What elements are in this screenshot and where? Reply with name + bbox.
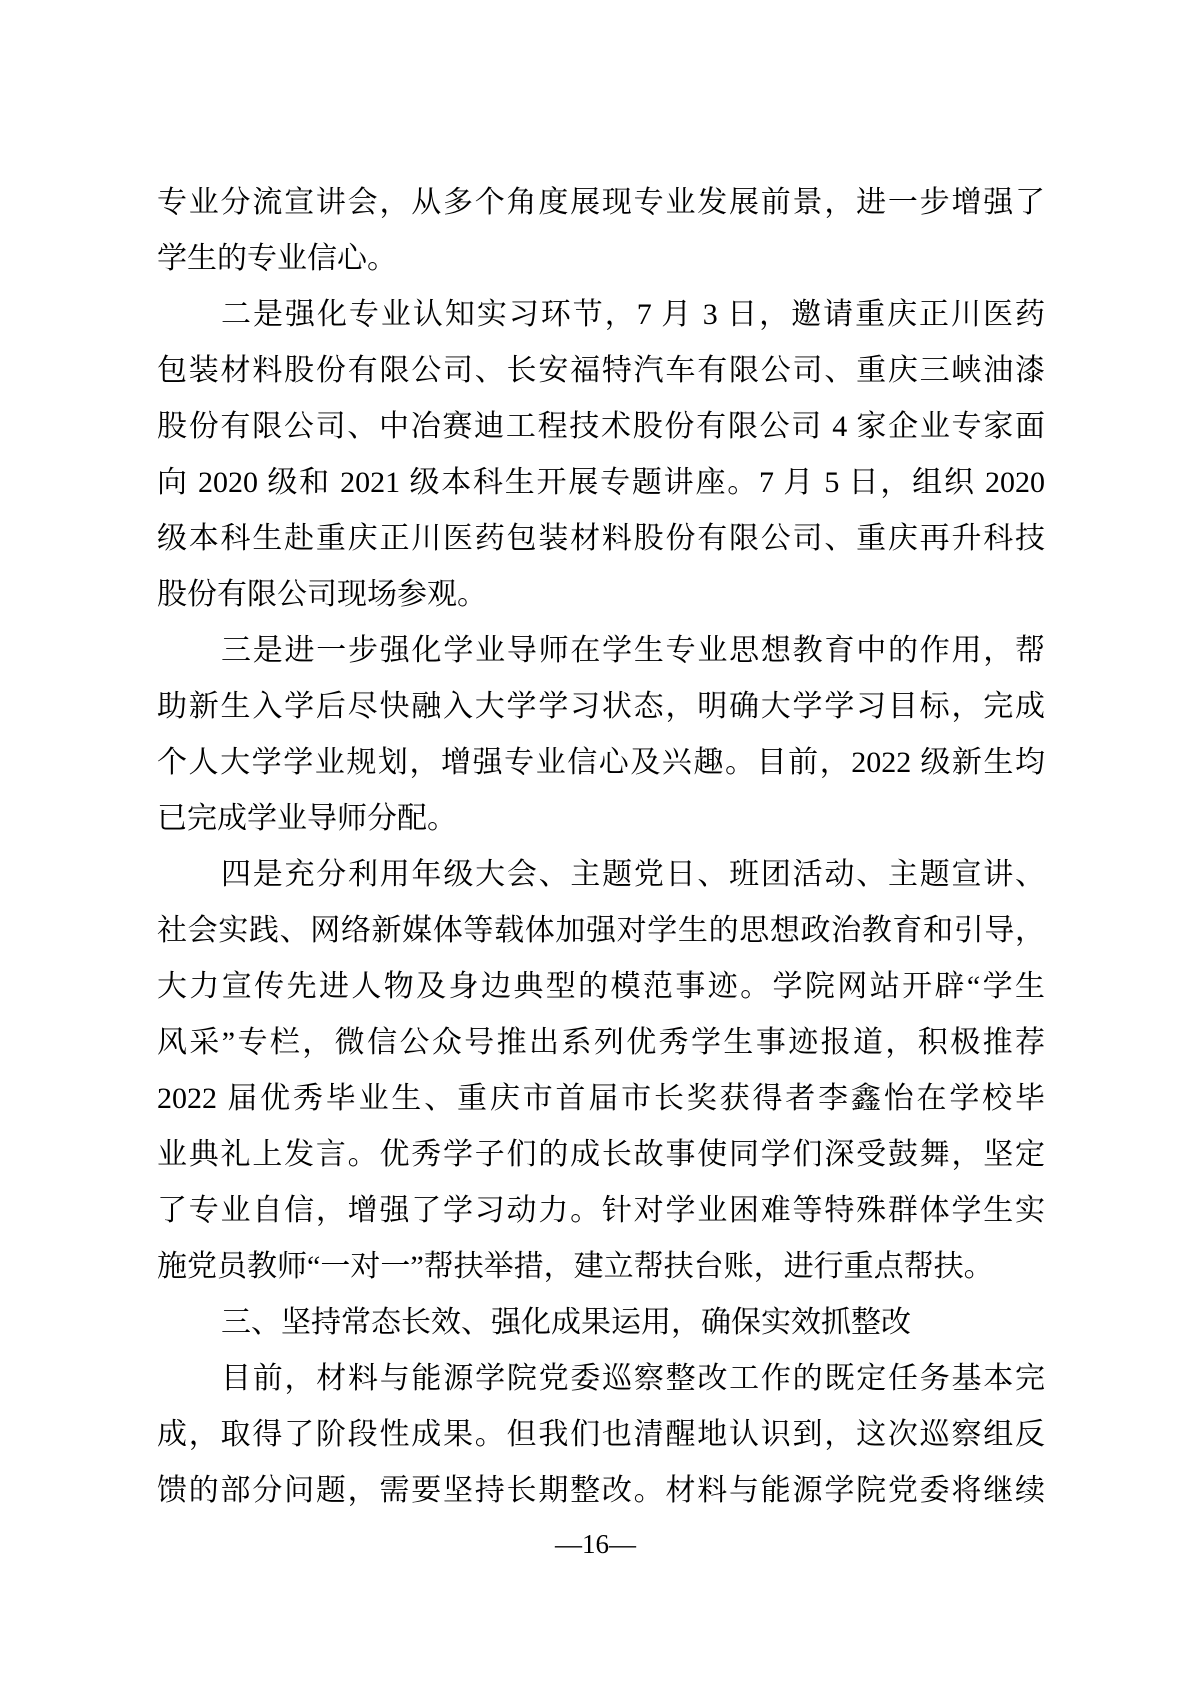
body-line: 学生的专业信心。 — [157, 231, 1045, 287]
body-line: 向 2020 级和 2021 级本科生开展专题讲座。7 月 5 日，组织 202… — [157, 455, 1045, 511]
body-line: 大力宣传先进人物及身边典型的模范事迹。学院网站开辟“学生 — [157, 959, 1045, 1015]
body-line: 三是进一步强化学业导师在学生专业思想教育中的作用，帮 — [157, 623, 1045, 679]
body-line: 目前，材料与能源学院党委巡察整改工作的既定任务基本完 — [157, 1351, 1045, 1407]
body-line: 股份有限公司现场参观。 — [157, 567, 1045, 623]
body-line: 风采”专栏，微信公众号推出系列优秀学生事迹报道，积极推荐 — [157, 1015, 1045, 1071]
body-line: 业典礼上发言。优秀学子们的成长故事使同学们深受鼓舞，坚定 — [157, 1127, 1045, 1183]
body-line: 股份有限公司、中冶赛迪工程技术股份有限公司 4 家企业专家面 — [157, 399, 1045, 455]
body-line: 四是充分利用年级大会、主题党日、班团活动、主题宣讲、 — [157, 847, 1045, 903]
page-footer: —16— — [0, 1528, 1191, 1560]
body-line: 级本科生赴重庆正川医药包装材料股份有限公司、重庆再升科技 — [157, 511, 1045, 567]
body-line: 二是强化专业认知实习环节，7 月 3 日，邀请重庆正川医药 — [157, 287, 1045, 343]
body-line: 包装材料股份有限公司、长安福特汽车有限公司、重庆三峡油漆 — [157, 343, 1045, 399]
page-number: —16— — [555, 1529, 636, 1559]
body-line: 施党员教师“一对一”帮扶举措，建立帮扶台账，进行重点帮扶。 — [157, 1239, 1045, 1295]
body-line: 已完成学业导师分配。 — [157, 791, 1045, 847]
body-line: 社会实践、网络新媒体等载体加强对学生的思想政治教育和引导， — [157, 903, 1045, 959]
document-body: 专业分流宣讲会，从多个角度展现专业发展前景，进一步增强了学生的专业信心。二是强化… — [157, 175, 1045, 1519]
body-line: 专业分流宣讲会，从多个角度展现专业发展前景，进一步增强了 — [157, 175, 1045, 231]
body-line: 了专业自信，增强了学习动力。针对学业困难等特殊群体学生实 — [157, 1183, 1045, 1239]
section-heading: 三、坚持常态长效、强化成果运用，确保实效抓整改 — [157, 1295, 1045, 1351]
body-line: 成，取得了阶段性成果。但我们也清醒地认识到，这次巡察组反 — [157, 1407, 1045, 1463]
body-line: 馈的部分问题，需要坚持长期整改。材料与能源学院党委将继续 — [157, 1463, 1045, 1519]
document-page: 专业分流宣讲会，从多个角度展现专业发展前景，进一步增强了学生的专业信心。二是强化… — [0, 0, 1191, 1684]
body-line: 2022 届优秀毕业生、重庆市首届市长奖获得者李鑫怡在学校毕 — [157, 1071, 1045, 1127]
body-line: 个人大学学业规划，增强专业信心及兴趣。目前，2022 级新生均 — [157, 735, 1045, 791]
body-line: 助新生入学后尽快融入大学学习状态，明确大学学习目标，完成 — [157, 679, 1045, 735]
